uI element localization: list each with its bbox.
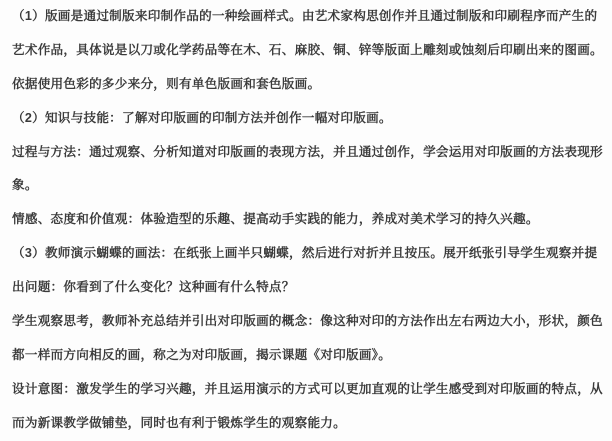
text-line: 象。 — [12, 169, 602, 203]
text-line: 过程与方法：通过观察、分析知道对印版画的表现方法，并且通过创作，学会运用对印版画… — [12, 136, 602, 170]
text-line: 出问题：你看到了什么变化？这种画有什么特点？ — [12, 271, 602, 305]
text-line: 而为新课教学做铺垫，同时也有利于锻炼学生的观察能力。 — [12, 407, 602, 441]
text-line: 情感、态度和价值观：体验造型的乐趣、提高动手实践的能力，养成对美术学习的持久兴趣… — [12, 203, 602, 237]
text-line: （3）教师演示蝴蝶的画法：在纸张上画半只蝴蝶，然后进行对折并且按压。展开纸张引导… — [12, 237, 602, 271]
text-line: 学生观察思考，教师补充总结并引出对印版画的概念：像这种对印的方法作出左右两边大小… — [12, 305, 602, 339]
document-page: （1）版画是通过制版来印制作品的一种绘画样式。由艺术家构思创作并且通过制版和印刷… — [0, 0, 612, 441]
text-line: （2）知识与技能：了解对印版画的印制方法并创作一幅对印版画。 — [12, 102, 602, 136]
text-line: 依据使用色彩的多少来分，则有单色版画和套色版画。 — [12, 68, 602, 102]
text-line: 艺术作品，具体说是以刀或化学药品等在木、石、麻胶、铜、锌等版面上雕刻或蚀刻后印刷… — [12, 34, 602, 68]
text-line: （1）版画是通过制版来印制作品的一种绘画样式。由艺术家构思创作并且通过制版和印刷… — [12, 0, 602, 34]
text-line: 设计意图：激发学生的学习兴趣，并且运用演示的方式可以更加直观的让学生感受到对印版… — [12, 373, 602, 407]
text-line: 都一样而方向相反的画，称之为对印版画，揭示课题《对印版画》。 — [12, 339, 602, 373]
